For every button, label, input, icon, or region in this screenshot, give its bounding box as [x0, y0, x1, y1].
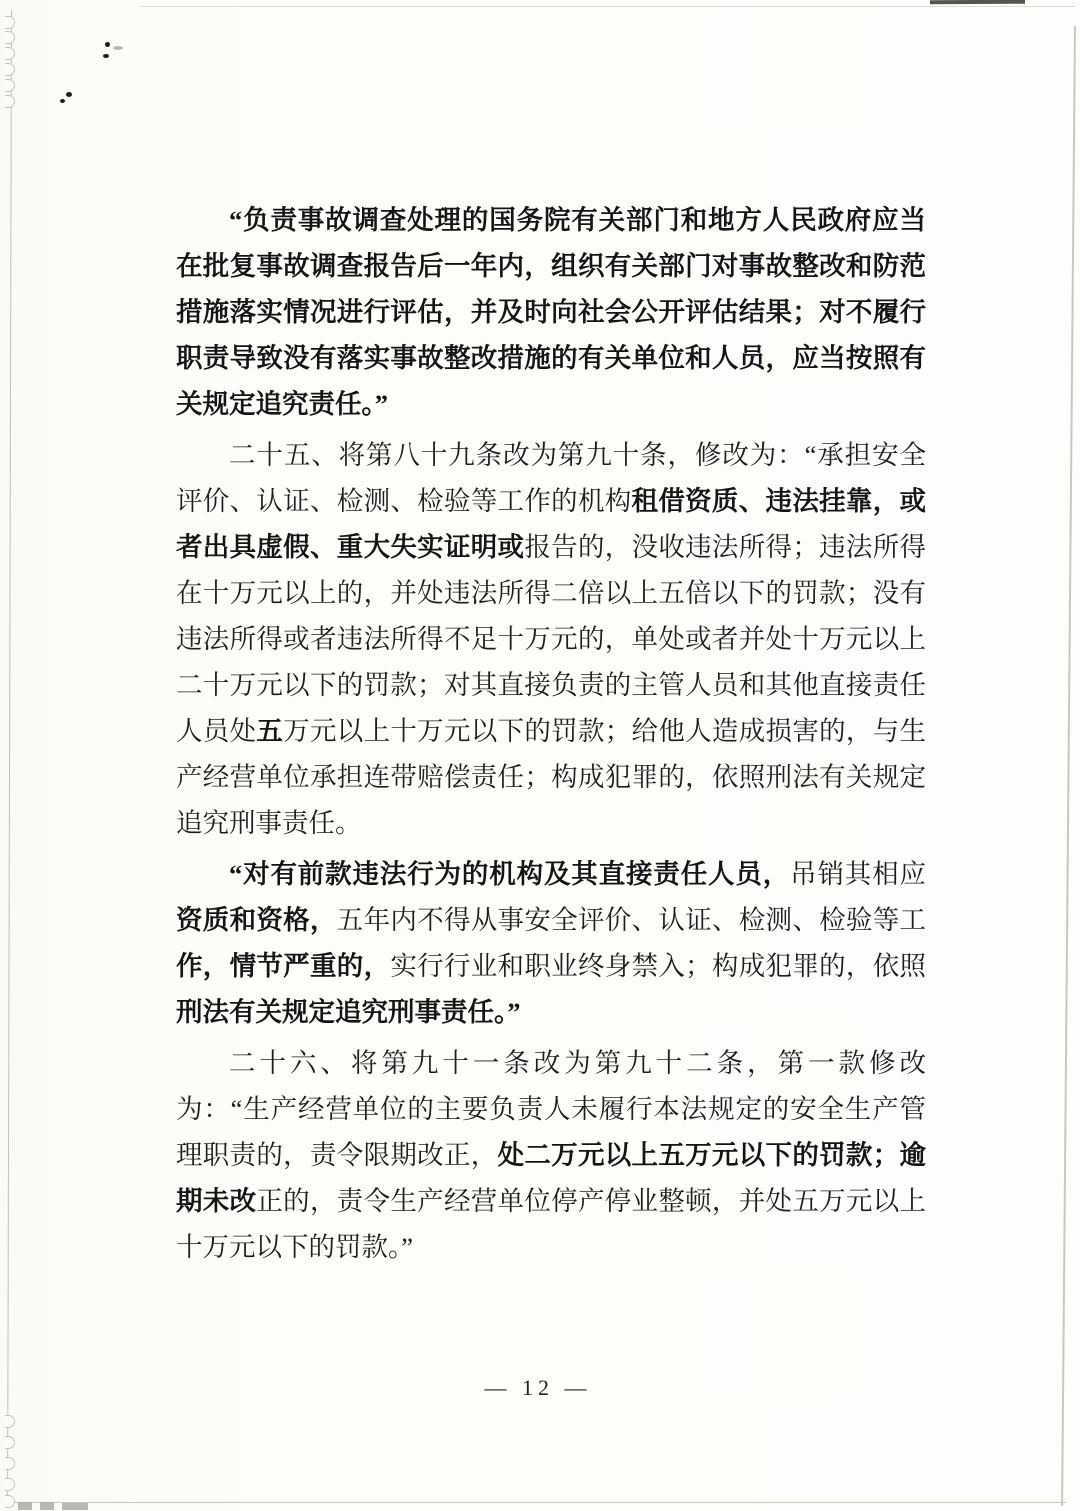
scan-bottom-mark: [62, 1503, 88, 1510]
paragraph-text: 资质和资格，: [176, 905, 337, 935]
paragraph-text: “对有前款违法行为的机构及其直接责任人员，: [229, 859, 790, 889]
paragraph-text: 吊销其相应: [790, 859, 926, 889]
paragraph-item-25: 二十五、将第八十九条改为第九十条，修改为：“承担安全评价、认证、检测、检验等工作…: [176, 432, 926, 846]
paragraph-text: 实行行业和职业终身禁入；构成犯罪的，依照: [390, 951, 926, 981]
page-number: — 12 —: [0, 1375, 1076, 1401]
scan-left-edge-line: [7, 10, 12, 1504]
scan-top-dark-mark: [930, 0, 1025, 4]
ink-smudge: [113, 46, 123, 50]
binding-notch: [5, 1415, 15, 1428]
binding-notch: [5, 79, 15, 92]
paragraph-text: 正的，责令生产经营单位停产停业整顿，并处五万元以上十万元以下的罚款。”: [176, 1186, 926, 1262]
paragraph-item-26: 二十六、将第九十一条改为第九十二条，第一款修改为：“生产经营单位的主要负责人未履…: [176, 1040, 926, 1270]
paragraph-text: 作，情节严重的，: [176, 951, 390, 981]
scan-bottom-mark: [18, 1502, 32, 1510]
paragraph-text: 五: [256, 716, 283, 746]
binding-notch: [5, 95, 15, 108]
paragraph-text: 报告的，没收违法所得；违法所得在十万元以上的，并处违法所得二倍以上五倍以下的罚款…: [176, 532, 926, 746]
scan-bottom-edge-line: [14, 1502, 1066, 1503]
binding-notch: [5, 47, 15, 60]
binding-notch: [5, 1436, 15, 1449]
binding-notch: [5, 31, 15, 44]
binding-notch: [5, 1478, 15, 1491]
paragraph-text: 万元以上十万元以下的罚款；给他人造成损害的，与生产经营单位承担连带赔偿责任；构成…: [176, 716, 926, 838]
binding-notch: [5, 1457, 15, 1470]
scan-right-edge-line: [1061, 26, 1075, 1506]
binding-notch: [5, 16, 15, 29]
paragraph-quoted-provision-2: “对有前款违法行为的机构及其直接责任人员，吊销其相应资质和资格，五年内不得从事安…: [176, 851, 926, 1035]
paragraph-text: 五年内不得从事安全评价、认证、检测、检验等工: [337, 905, 926, 935]
binding-notch: [5, 1495, 15, 1508]
ink-speck: [60, 99, 65, 103]
paragraph-text: “负责事故调查处理的国务院有关部门和地方人民政府应当在批复事故调查报告后一年内，…: [176, 205, 926, 419]
binding-notch: [5, 63, 15, 76]
paragraph-text: 刑法有关规定追究刑事责任。”: [176, 997, 521, 1027]
ink-speck: [105, 42, 110, 47]
ink-speck: [66, 92, 72, 97]
paragraph-quoted-provision: “负责事故调查处理的国务院有关部门和地方人民政府应当在批复事故调查报告后一年内，…: [176, 197, 926, 427]
scan-top-edge-line: [140, 6, 1075, 7]
scan-bottom-mark: [40, 1502, 54, 1510]
document-body: “负责事故调查处理的国务院有关部门和地方人民政府应当在批复事故调查报告后一年内，…: [176, 197, 926, 1275]
ink-speck: [103, 54, 109, 58]
